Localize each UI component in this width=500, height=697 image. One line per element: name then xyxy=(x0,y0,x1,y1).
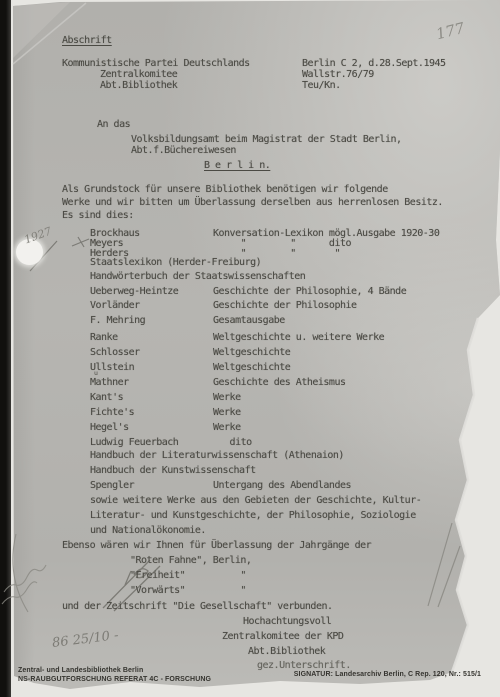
book-work: Weltgeschichte xyxy=(213,347,290,358)
book-work: Untergang des Abendlandes xyxy=(213,480,351,491)
book-work: Weltgeschichte xyxy=(213,362,290,373)
book-list-row: Ludwig Feuerbach dito xyxy=(0,437,500,449)
fold-corner-highlight xyxy=(13,2,70,58)
signature-signed: gez.Unterschrift. xyxy=(257,660,351,671)
sender-committee: Zentralkomitee xyxy=(100,69,177,80)
book-list-row: Handbuch der Kunstwissenschaft xyxy=(0,465,500,477)
book-list-row: und Nationalökonomie. xyxy=(0,525,500,537)
dateline-ref: Teu/Kn. xyxy=(302,80,341,91)
book-author: F. Mehring xyxy=(90,315,145,326)
newspaper-item: "Vorwärts" " xyxy=(130,585,246,596)
book-author: Vorländer xyxy=(90,300,140,311)
footer-institution-block: Zentral- und Landesbibliothek Berlin NS-… xyxy=(18,667,211,684)
margin-scribble-curve xyxy=(13,534,28,612)
scanned-letter-page: 177 1927 86 25/10 - Abschrift Kommunisti… xyxy=(0,0,500,697)
signature-dept: Abt.Bibliothek xyxy=(248,646,325,657)
book-work: dito xyxy=(213,437,252,448)
book-author: Mathner xyxy=(90,377,129,388)
book-list-row: SchlosserWeltgeschichte xyxy=(0,347,500,359)
recipient-dept: Abt.f.Büchereiwesen xyxy=(131,145,236,156)
book-list-row: RankeWeltgeschichte u. weitere Werke xyxy=(0,332,500,344)
book-author: und Nationalökonomie. xyxy=(90,525,206,536)
sender-dept: Abt.Bibliothek xyxy=(100,80,177,91)
intro-line1: Als Grundstock für unsere Bibliothek ben… xyxy=(62,184,388,195)
book-list-row: VorländerGeschichte der Philosophie xyxy=(0,300,500,312)
book-work: Geschichte der Philosophie, 4 Bände xyxy=(213,286,406,297)
newspaper-item: "Freiheit" " xyxy=(130,570,246,581)
book-author: Handbuch der Literaturwissenschaft (Athe… xyxy=(90,450,344,461)
book-work: Werke xyxy=(213,392,241,403)
book-list-row: F. MehringGesamtausgabe xyxy=(0,315,500,327)
book-author: Schlosser xyxy=(90,347,140,358)
signature-org: Zentralkomitee der KPD xyxy=(222,631,343,642)
dateline-place-date: Berlin C 2, d.28.Sept.1945 xyxy=(302,58,446,69)
book-list-row: Staatslexikon (Herder-Freiburg) xyxy=(0,257,500,269)
book-work: Werke xyxy=(213,422,241,433)
newspapers-intro: Ebenso wären wir Ihnen für Überlassung d… xyxy=(62,540,371,551)
book-list-row: MathnerGeschichte des Atheismus xyxy=(0,377,500,389)
footer-institution: Zentral- und Landesbibliothek Berlin xyxy=(18,667,211,676)
newspapers-outro: und der Zeitschrift "Die Gesellschaft" v… xyxy=(62,601,333,612)
intro-line3: Es sind dies: xyxy=(62,210,134,221)
book-list-row: sowie weitere Werke aus den Gebieten der… xyxy=(0,495,500,507)
book-author: Spengler xyxy=(90,480,134,491)
book-list-row: Literatur- und Kunstgeschichte, der Phil… xyxy=(0,510,500,522)
book-work: Werke xyxy=(213,407,241,418)
book-author: sowie weitere Werke aus den Gebieten der… xyxy=(90,495,421,506)
book-author: Fichte's xyxy=(90,407,134,418)
book-list-row: Hegel'sWerke xyxy=(0,422,500,434)
book-work: Gesamtausgabe xyxy=(213,315,285,326)
recipient-office: Volksbildungsamt beim Magistrat der Stad… xyxy=(131,134,402,145)
newspaper-item: "Roten Fahne", Berlin, xyxy=(130,555,251,566)
book-list-row: UllsteinWeltgeschichte xyxy=(0,362,500,374)
footer-department: NS-RAUBGUTFORSCHUNG REFERAT 4C - FORSCHU… xyxy=(18,676,211,685)
book-author: Handbuch der Kunstwissenschaft xyxy=(90,465,256,476)
book-list-row: Kant'sWerke xyxy=(0,392,500,404)
book-work: Geschichte der Philosophie xyxy=(213,300,357,311)
recipient-salutation: An das xyxy=(97,119,130,130)
book-list-row: Handwörterbuch der Staatswissenschaften xyxy=(0,271,500,283)
book-author: Kant's xyxy=(90,392,123,403)
recipient-city: B e r l i n. xyxy=(204,160,270,171)
book-list-row: Fichte'sWerke xyxy=(0,407,500,419)
book-author: Ranke xyxy=(90,332,118,343)
footer-signatur: SIGNATUR: Landesarchiv Berlin, C Rep. 12… xyxy=(294,671,481,678)
book-author: Ueberweg-Heintze xyxy=(90,286,178,297)
right-pencil-slash-2 xyxy=(438,546,460,607)
book-list-row: Handbuch der Literaturwissenschaft (Athe… xyxy=(0,450,500,462)
intro-line2: Werke und wir bitten um Überlassung ders… xyxy=(62,197,443,208)
book-list-row: SpenglerUntergang des Abendlandes xyxy=(0,480,500,492)
margin-scribble-line1 xyxy=(4,565,46,592)
book-author: Literatur- und Kunstgeschichte, der Phil… xyxy=(90,510,416,521)
book-author: Ludwig Feuerbach xyxy=(90,437,178,448)
mathner-superscript-u: u xyxy=(94,369,98,377)
book-work: Weltgeschichte u. weitere Werke xyxy=(213,332,384,343)
book-author: Staatslexikon (Herder-Freiburg) xyxy=(90,257,261,268)
dateline-street: Wallstr.76/79 xyxy=(302,69,374,80)
sender-org: Kommunistische Partei Deutschlands xyxy=(62,58,250,69)
book-author: Hegel's xyxy=(90,422,129,433)
book-list-row: Ueberweg-HeintzeGeschichte der Philosoph… xyxy=(0,286,500,298)
copy-label: Abschrift xyxy=(62,35,112,46)
signature-closing: Hochachtungsvoll xyxy=(243,616,331,627)
book-work: Geschichte des Atheismus xyxy=(213,377,346,388)
book-author: Handwörterbuch der Staatswissenschaften xyxy=(90,271,305,282)
